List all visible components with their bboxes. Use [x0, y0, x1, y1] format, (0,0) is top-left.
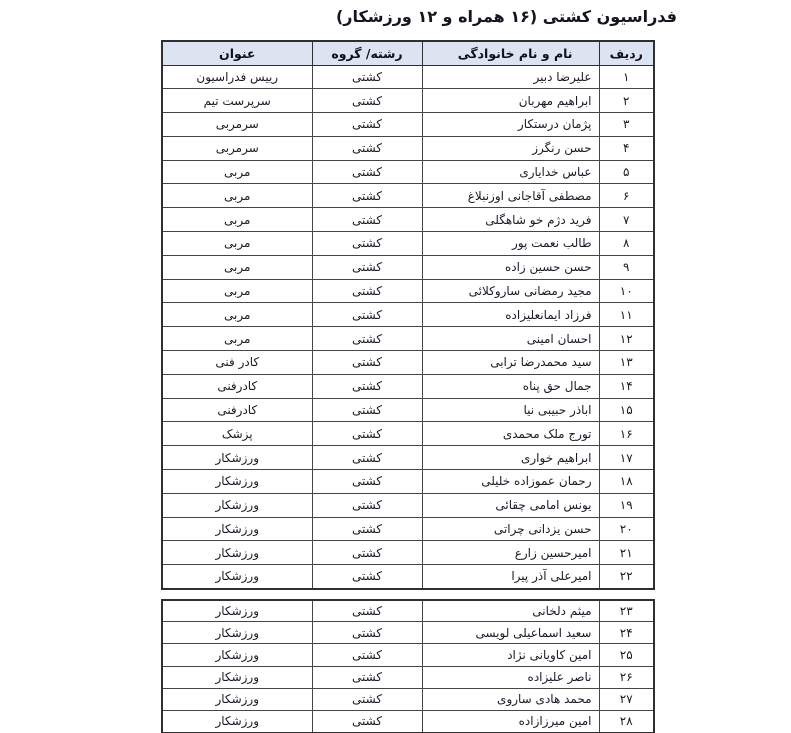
radif-cell: ۴ — [599, 136, 654, 160]
role-cell: ورزشکار — [162, 688, 312, 710]
table-row: ۱۰مجید رمضانی ساروکلائیکشتیمربی — [162, 279, 654, 303]
role-cell: ورزشکار — [162, 600, 312, 622]
group-cell: کشتی — [312, 184, 422, 208]
radif-cell: ۲۶ — [599, 666, 654, 688]
roster-table-header: ردیف نام و نام خانوادگی رشته/ گروه عنوان — [162, 41, 654, 65]
radif-cell: ۳ — [599, 113, 654, 137]
role-cell: سرپرست تیم — [162, 89, 312, 113]
group-cell: کشتی — [312, 710, 422, 732]
table-row: ۸طالب نعمت پورکشتیمربی — [162, 232, 654, 256]
table-row: ۹حسن حسین زادهکشتیمربی — [162, 255, 654, 279]
name-cell: سید محمدرضا ترابی — [422, 351, 599, 375]
radif-cell: ۲۷ — [599, 688, 654, 710]
table-row: ۶مصطفی آقاجانی اوزنبلاغکشتیمربی — [162, 184, 654, 208]
table-row: ۱۸رحمان عموزاده خلیلیکشتیورزشکار — [162, 470, 654, 494]
document-page: فدراسیون کشتی (۱۶ همراه و ۱۲ ورزشکار) رد… — [0, 0, 791, 733]
role-cell: ورزشکار — [162, 517, 312, 541]
role-cell: ورزشکار — [162, 710, 312, 732]
roster-table-main: ردیف نام و نام خانوادگی رشته/ گروه عنوان… — [161, 40, 655, 590]
radif-cell: ۱۶ — [599, 422, 654, 446]
role-cell: ورزشکار — [162, 446, 312, 470]
name-cell: حسن یزدانی چراتی — [422, 517, 599, 541]
table-row: ۱۴جمال حق پناهکشتیکادرفنی — [162, 374, 654, 398]
name-cell: رحمان عموزاده خلیلی — [422, 470, 599, 494]
radif-cell: ۷ — [599, 208, 654, 232]
role-cell: ورزشکار — [162, 622, 312, 644]
group-cell: کشتی — [312, 160, 422, 184]
group-cell: کشتی — [312, 600, 422, 622]
radif-cell: ۱۹ — [599, 493, 654, 517]
radif-cell: ۲۵ — [599, 644, 654, 666]
name-cell: امیرحسین زارع — [422, 541, 599, 565]
role-cell: مربی — [162, 255, 312, 279]
role-cell: ورزشکار — [162, 493, 312, 517]
role-cell: کادر فنی — [162, 351, 312, 375]
role-cell: رییس فدراسیون — [162, 65, 312, 89]
radif-cell: ۲ — [599, 89, 654, 113]
page-title: فدراسیون کشتی (۱۶ همراه و ۱۲ ورزشکار) — [336, 7, 677, 26]
table-row: ۲۰حسن یزدانی چراتیکشتیورزشکار — [162, 517, 654, 541]
name-cell: امیرعلی آذر پیرا — [422, 565, 599, 589]
name-cell: یونس امامی چقائی — [422, 493, 599, 517]
table-row: ۲۶ناصر علیزادهکشتیورزشکار — [162, 666, 654, 688]
role-cell: ورزشکار — [162, 565, 312, 589]
group-cell: کشتی — [312, 622, 422, 644]
name-cell: ابراهیم خواری — [422, 446, 599, 470]
name-cell: حسن رنگرز — [422, 136, 599, 160]
radif-cell: ۲۱ — [599, 541, 654, 565]
role-cell: ورزشکار — [162, 666, 312, 688]
name-cell: امین کاویانی نژاد — [422, 644, 599, 666]
group-cell: کشتی — [312, 398, 422, 422]
role-cell: مربی — [162, 303, 312, 327]
radif-cell: ۶ — [599, 184, 654, 208]
role-cell: مربی — [162, 160, 312, 184]
name-cell: محمد هادی ساروی — [422, 688, 599, 710]
header-name: نام و نام خانوادگی — [422, 41, 599, 65]
name-cell: حسن حسین زاده — [422, 255, 599, 279]
table-row: ۱۹یونس امامی چقائیکشتیورزشکار — [162, 493, 654, 517]
group-cell: کشتی — [312, 470, 422, 494]
name-cell: عباس خدایاری — [422, 160, 599, 184]
table-row: ۲ابراهیم مهربانکشتیسرپرست تیم — [162, 89, 654, 113]
role-cell: ورزشکار — [162, 470, 312, 494]
table-row: ۱علیرضا دبیرکشتیرییس فدراسیون — [162, 65, 654, 89]
radif-cell: ۱۵ — [599, 398, 654, 422]
table-row: ۱۵اباذر حبیبی نیاکشتیکادرفنی — [162, 398, 654, 422]
radif-cell: ۲۴ — [599, 622, 654, 644]
group-cell: کشتی — [312, 565, 422, 589]
group-cell: کشتی — [312, 136, 422, 160]
role-cell: کادرفنی — [162, 398, 312, 422]
radif-cell: ۱۳ — [599, 351, 654, 375]
group-cell: کشتی — [312, 493, 422, 517]
role-cell: ورزشکار — [162, 644, 312, 666]
name-cell: پژمان درستکار — [422, 113, 599, 137]
group-cell: کشتی — [312, 232, 422, 256]
table-row: ۱۳سید محمدرضا ترابیکشتیکادر فنی — [162, 351, 654, 375]
name-cell: علیرضا دبیر — [422, 65, 599, 89]
name-cell: ابراهیم مهربان — [422, 89, 599, 113]
name-cell: ناصر علیزاده — [422, 666, 599, 688]
role-cell: مربی — [162, 184, 312, 208]
group-cell: کشتی — [312, 351, 422, 375]
role-cell: کادرفنی — [162, 374, 312, 398]
roster-table-body: ۱علیرضا دبیرکشتیرییس فدراسیون۲ابراهیم مه… — [162, 65, 654, 589]
radif-cell: ۱۱ — [599, 303, 654, 327]
radif-cell: ۱ — [599, 65, 654, 89]
role-cell: مربی — [162, 208, 312, 232]
roster-tables: ردیف نام و نام خانوادگی رشته/ گروه عنوان… — [163, 40, 655, 733]
group-cell: کشتی — [312, 688, 422, 710]
table-row: ۲۲امیرعلی آذر پیراکشتیورزشکار — [162, 565, 654, 589]
group-cell: کشتی — [312, 446, 422, 470]
table-row: ۴حسن رنگرزکشتیسرمربی — [162, 136, 654, 160]
name-cell: سعید اسماعیلی لویسی — [422, 622, 599, 644]
radif-cell: ۱۸ — [599, 470, 654, 494]
group-cell: کشتی — [312, 541, 422, 565]
group-cell: کشتی — [312, 644, 422, 666]
group-cell: کشتی — [312, 666, 422, 688]
radif-cell: ۱۲ — [599, 327, 654, 351]
table-row: ۲۱امیرحسین زارعکشتیورزشکار — [162, 541, 654, 565]
table-row: ۱۷ابراهیم خواریکشتیورزشکار — [162, 446, 654, 470]
table-row: ۳پژمان درستکارکشتیسرمربی — [162, 113, 654, 137]
group-cell: کشتی — [312, 303, 422, 327]
table-row: ۱۲احسان امینیکشتیمربی — [162, 327, 654, 351]
group-cell: کشتی — [312, 89, 422, 113]
radif-cell: ۱۴ — [599, 374, 654, 398]
table-row: ۵عباس خدایاریکشتیمربی — [162, 160, 654, 184]
radif-cell: ۵ — [599, 160, 654, 184]
roster-table-body-2: ۲۳میثم دلخانیکشتیورزشکار۲۴سعید اسماعیلی … — [162, 600, 654, 733]
group-cell: کشتی — [312, 65, 422, 89]
group-cell: کشتی — [312, 255, 422, 279]
header-row: ردیف نام و نام خانوادگی رشته/ گروه عنوان — [162, 41, 654, 65]
radif-cell: ۸ — [599, 232, 654, 256]
header-role: عنوان — [162, 41, 312, 65]
group-cell: کشتی — [312, 327, 422, 351]
role-cell: مربی — [162, 279, 312, 303]
name-cell: جمال حق پناه — [422, 374, 599, 398]
name-cell: اباذر حبیبی نیا — [422, 398, 599, 422]
table-row: ۲۵امین کاویانی نژادکشتیورزشکار — [162, 644, 654, 666]
radif-cell: ۱۷ — [599, 446, 654, 470]
table-row: ۲۴سعید اسماعیلی لویسیکشتیورزشکار — [162, 622, 654, 644]
roster-table-continued: ۲۳میثم دلخانیکشتیورزشکار۲۴سعید اسماعیلی … — [161, 599, 655, 733]
radif-cell: ۲۰ — [599, 517, 654, 541]
role-cell: ورزشکار — [162, 541, 312, 565]
name-cell: تورج ملک محمدی — [422, 422, 599, 446]
radif-cell: ۲۸ — [599, 710, 654, 732]
table-row: ۱۶تورج ملک محمدیکشتیپزشک — [162, 422, 654, 446]
radif-cell: ۲۲ — [599, 565, 654, 589]
group-cell: کشتی — [312, 422, 422, 446]
radif-cell: ۲۳ — [599, 600, 654, 622]
radif-cell: ۹ — [599, 255, 654, 279]
role-cell: پزشک — [162, 422, 312, 446]
role-cell: مربی — [162, 327, 312, 351]
group-cell: کشتی — [312, 208, 422, 232]
name-cell: مصطفی آقاجانی اوزنبلاغ — [422, 184, 599, 208]
role-cell: سرمربی — [162, 136, 312, 160]
group-cell: کشتی — [312, 517, 422, 541]
group-cell: کشتی — [312, 113, 422, 137]
header-radif: ردیف — [599, 41, 654, 65]
header-group: رشته/ گروه — [312, 41, 422, 65]
name-cell: احسان امینی — [422, 327, 599, 351]
name-cell: فرزاد ایمانعلیزاده — [422, 303, 599, 327]
group-cell: کشتی — [312, 279, 422, 303]
name-cell: فرید دژم خو شاهگلی — [422, 208, 599, 232]
radif-cell: ۱۰ — [599, 279, 654, 303]
table-row: ۲۷محمد هادی سارویکشتیورزشکار — [162, 688, 654, 710]
table-row: ۱۱فرزاد ایمانعلیزادهکشتیمربی — [162, 303, 654, 327]
name-cell: امین میرزازاده — [422, 710, 599, 732]
name-cell: طالب نعمت پور — [422, 232, 599, 256]
name-cell: مجید رمضانی ساروکلائی — [422, 279, 599, 303]
role-cell: مربی — [162, 232, 312, 256]
table-row: ۲۸امین میرزازادهکشتیورزشکار — [162, 710, 654, 732]
role-cell: سرمربی — [162, 113, 312, 137]
table-row: ۷فرید دژم خو شاهگلیکشتیمربی — [162, 208, 654, 232]
table-row: ۲۳میثم دلخانیکشتیورزشکار — [162, 600, 654, 622]
group-cell: کشتی — [312, 374, 422, 398]
name-cell: میثم دلخانی — [422, 600, 599, 622]
